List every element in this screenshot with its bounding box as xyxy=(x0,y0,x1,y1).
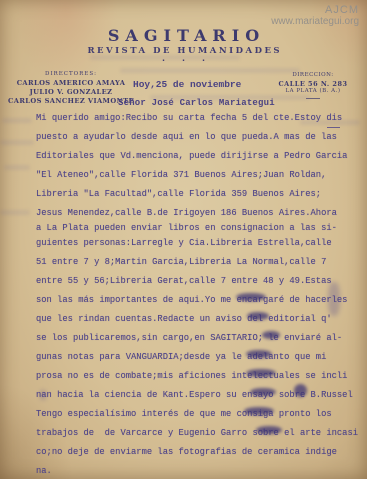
body-line: nan hacia la ciencia de Kant.Espero su e… xyxy=(36,386,362,405)
body-line: "El Ateneo",calle Florida 371 Buenos Air… xyxy=(36,166,362,185)
body-line: son las más importantes de aqui.Yo me en… xyxy=(36,291,362,310)
body-line: se los publicaremos,sin cargo,en SAGITAR… xyxy=(36,329,362,348)
body-line: Libreria "La Facultad",calle Florida 359… xyxy=(36,185,362,204)
director-name: CARLOS AMERICO AMAYA xyxy=(4,79,138,88)
body-line: Editoriales que Vd.menciona, puede dirij… xyxy=(36,147,362,166)
body-line: 51 entre 7 y 8;Martin Garcia,Libreria La… xyxy=(36,253,362,272)
watermark-initials: AJCM xyxy=(271,4,359,16)
body-line: trabajos de de Varcarce y Eugenio Garro … xyxy=(36,424,362,443)
ink-blot xyxy=(244,407,274,415)
bleed-through-smear xyxy=(2,118,32,123)
body-line: guientes personas:Larregle y Cia.Libreri… xyxy=(36,234,362,253)
body-line: que les rindan cuentas.Redacte un aviso … xyxy=(36,310,362,329)
address-street: CALLE 56 N. 283 xyxy=(267,80,359,89)
body-line: puesto a ayudarlo desde aqui en lo que p… xyxy=(36,128,362,147)
bleed-through-smear xyxy=(120,68,300,73)
letter-body: Mi querido amigo:Recibo su carta fecha 5… xyxy=(36,109,362,479)
bleed-through-smear xyxy=(150,95,310,100)
bleed-through-smear xyxy=(300,120,360,125)
ink-blot xyxy=(246,369,276,377)
scanned-letter-page: AJCM www.mariategui.org SAGITARIO REVIST… xyxy=(0,0,367,479)
watermark: AJCM www.mariategui.org xyxy=(271,4,359,28)
body-line: na. xyxy=(36,462,362,479)
body-line: a La Plata pueden enviar libros en consi… xyxy=(36,223,362,234)
directors-label: DIRECTORES: xyxy=(4,71,138,77)
typed-underscore-hyphen xyxy=(327,127,340,128)
ink-blot xyxy=(236,293,266,301)
director-name: JULIO V. GONZALEZ xyxy=(4,88,138,97)
body-line: Jesus Menendez,calle B.de Irigoyen 186 B… xyxy=(36,204,362,223)
ink-smudge xyxy=(40,390,46,400)
body-line: Tengo especialísimo interés de que me co… xyxy=(36,405,362,424)
ink-blot xyxy=(250,388,276,396)
ink-blot xyxy=(294,384,307,397)
ink-blot xyxy=(256,426,282,434)
ink-blot xyxy=(246,350,272,358)
body-line: gunas notas para VANGUARDIA;desde ya le … xyxy=(36,348,362,367)
bleed-through-smear xyxy=(90,55,240,60)
body-line: Mi querido amigo:Recibo su carta fecha 5… xyxy=(36,109,362,128)
body-line: entre 55 y 56;Libreria Gerat,calle 7 ent… xyxy=(36,272,362,291)
date-line: Hoy,25 de noviembre xyxy=(133,79,241,90)
bleed-through-smear xyxy=(4,165,30,170)
ink-blot xyxy=(262,331,280,339)
address-label: DIRECCION: xyxy=(267,72,359,80)
bleed-through-smear xyxy=(0,210,30,215)
letterhead-title: SAGITARIO xyxy=(0,26,367,45)
body-line: prosa no es de combate;mis aficiones int… xyxy=(36,367,362,386)
body-line: co;no deje de enviarme las fotografias d… xyxy=(36,443,362,462)
ink-smudge xyxy=(328,282,340,316)
ink-blot xyxy=(247,312,269,320)
bleed-through-smear xyxy=(0,140,34,145)
